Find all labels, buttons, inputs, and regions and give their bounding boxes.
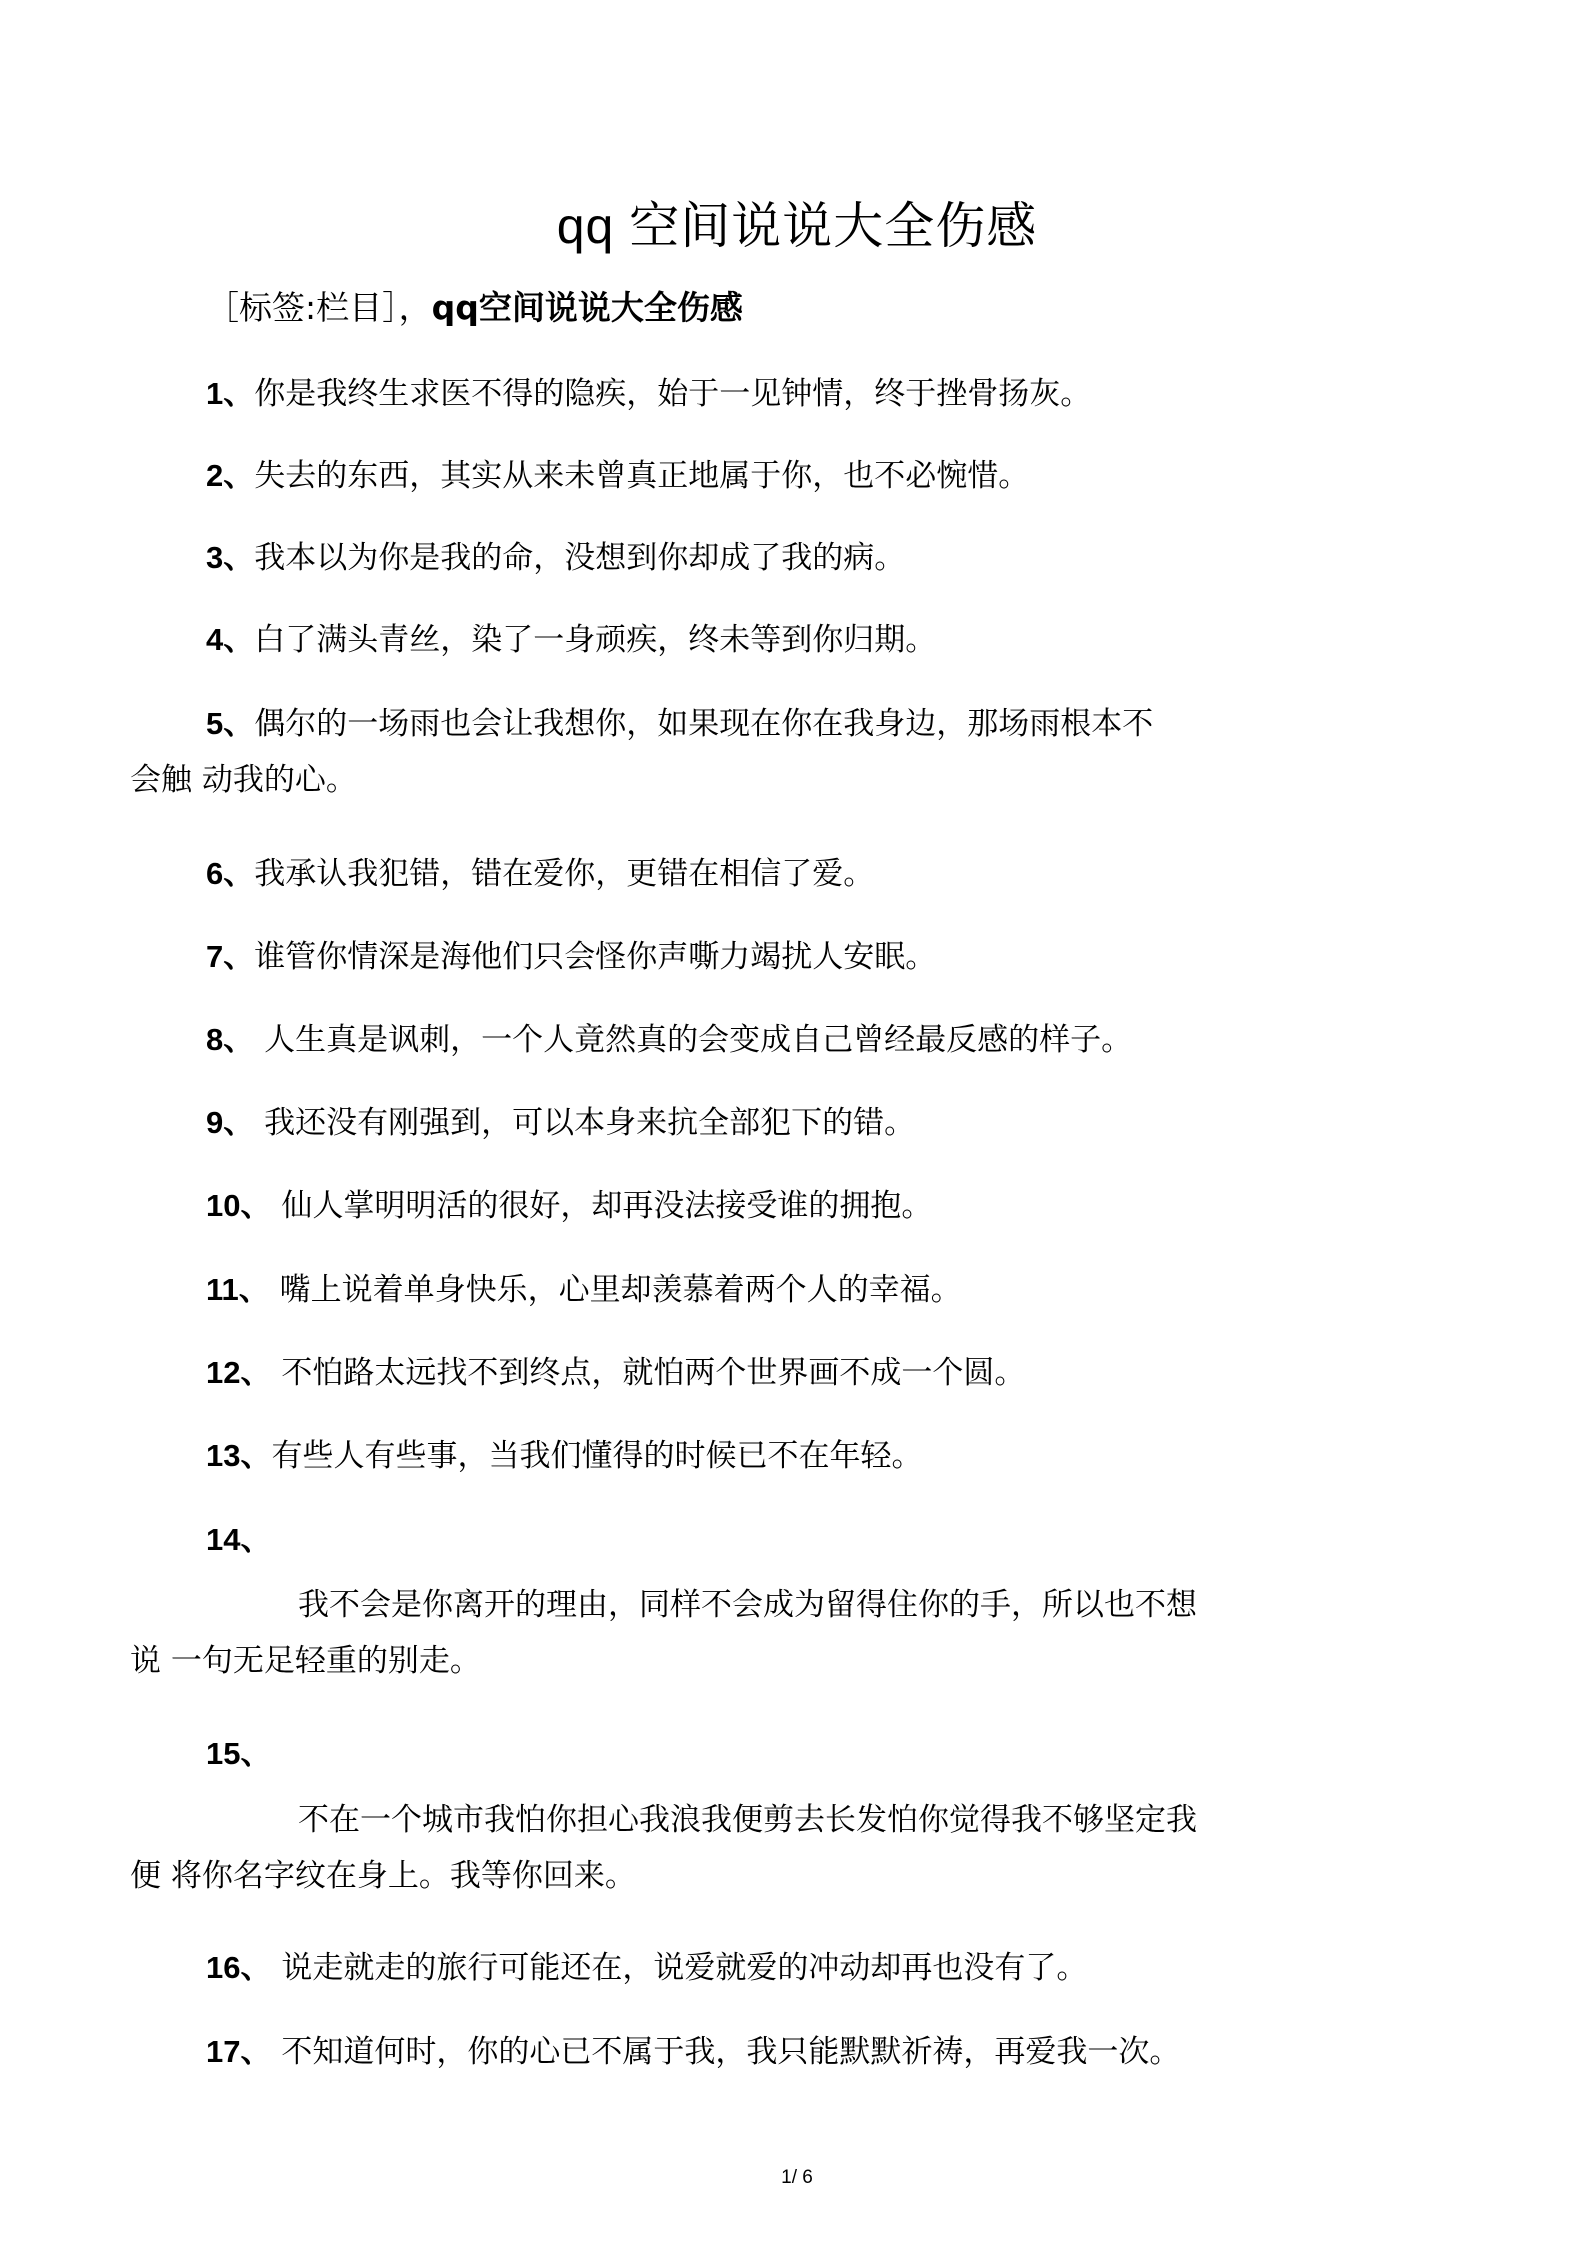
list-item: 6、我承认我犯错，错在爱你，更错在相信了爱。 [206,854,874,894]
list-item-text: 我不会是你离开的理由，同样不会成为留得住你的手，所以也不想 [298,1585,1197,1625]
item-number: 15、 [206,1736,271,1771]
item-text: 说走就走的旅行可能还在，说爱就爱的冲动却再也没有了。 [271,1950,1087,1986]
tag-separator: ， [399,288,432,327]
item-number: 17、 [206,2034,271,2069]
document-page: qq 空间说说大全伤感 ［标签:栏目］，qq空间说说大全伤感 1、你是我终生求医… [0,0,1594,2256]
item-text: 仙人掌明明活的很好，却再没法接受谁的拥抱。 [271,1188,932,1224]
item-text: 偶尔的一场雨也会让我想你，如果现在你在我身边，那场雨根本不 [254,706,1153,742]
list-item-text: 不在一个城市我怕你担心我浪我便剪去长发怕你觉得我不够坚定我 [298,1800,1197,1840]
item-text: 人生真是讽刺，一个人竟然真的会变成自己曾经最反感的样子。 [254,1022,1132,1058]
item-number: 8、 [206,1022,254,1057]
item-text: 我本以为你是我的命，没想到你却成了我的病。 [254,540,905,576]
item-number: 4、 [206,622,254,657]
item-number: 13、 [206,1438,271,1473]
list-item: 14、 [206,1520,271,1560]
item-text: 白了满头青丝，染了一身顽疾，终未等到你归期。 [254,622,936,658]
list-item-continuation: 会触 动我的心。 [130,760,357,800]
tag-line: ［标签:栏目］，qq空间说说大全伤感 [206,286,743,330]
list-item: 4、白了满头青丝，染了一身顽疾，终未等到你归期。 [206,620,936,660]
item-number: 14、 [206,1522,271,1557]
item-number: 1、 [206,376,254,411]
list-item: 17、 不知道何时，你的心已不属于我，我只能默默祈祷，再爱我一次。 [206,2032,1180,2072]
item-text: 不知道何时，你的心已不属于我，我只能默默祈祷，再爱我一次。 [271,2034,1180,2070]
item-number: 2、 [206,458,254,493]
list-item: 5、偶尔的一场雨也会让我想你，如果现在你在我身边，那场雨根本不 [206,704,1153,744]
list-item: 1、你是我终生求医不得的隐疾，始于一见钟情，终于挫骨扬灰。 [206,374,1091,414]
item-text: 我还没有刚强到，可以本身来抗全部犯下的错。 [254,1105,915,1141]
list-item-continuation: 便 将你名字纹在身上。我等你回来。 [130,1856,636,1896]
item-number: 7、 [206,939,254,974]
list-item: 11、 嘴上说着单身快乐，心里却羡慕着两个人的幸福。 [206,1270,962,1310]
list-item: 12、 不怕路太远找不到终点，就怕两个世界画不成一个圆。 [206,1353,1025,1393]
item-text: 你是我终生求医不得的隐疾，始于一见钟情，终于挫骨扬灰。 [254,376,1091,412]
list-item: 9、 我还没有刚强到，可以本身来抗全部犯下的错。 [206,1103,915,1143]
document-title: qq 空间说说大全伤感 [0,196,1594,256]
item-text: 有些人有些事，当我们懂得的时候已不在年轻。 [271,1438,922,1474]
list-item: 2、失去的东西，其实从来未曾真正地属于你，也不必惋惜。 [206,456,1029,496]
page-indicator: 1/ 6 [0,2166,1594,2190]
list-item: 13、有些人有些事，当我们懂得的时候已不在年轻。 [206,1436,922,1476]
list-item: 16、 说走就走的旅行可能还在，说爱就爱的冲动却再也没有了。 [206,1948,1087,1988]
list-item: 8、 人生真是讽刺，一个人竟然真的会变成自己曾经最反感的样子。 [206,1020,1132,1060]
item-number: 16、 [206,1950,271,1985]
item-text: 我承认我犯错，错在爱你，更错在相信了爱。 [254,856,874,892]
item-number: 10、 [206,1188,271,1223]
list-item-continuation: 说 一句无足轻重的别走。 [130,1641,481,1681]
list-item: 15、 [206,1734,271,1774]
item-text: 嘴上说着单身快乐，心里却羡慕着两个人的幸福。 [270,1272,962,1308]
item-number: 12、 [206,1355,271,1390]
list-item: 7、谁管你情深是海他们只会怪你声嘶力竭扰人安眠。 [206,937,936,977]
item-number: 9、 [206,1105,254,1140]
item-text: 失去的东西，其实从来未曾真正地属于你，也不必惋惜。 [254,458,1029,494]
item-number: 5、 [206,706,254,741]
item-text: 不怕路太远找不到终点，就怕两个世界画不成一个圆。 [271,1355,1025,1391]
item-number: 6、 [206,856,254,891]
list-item: 10、 仙人掌明明活的很好，却再没法接受谁的拥抱。 [206,1186,932,1226]
item-number: 3、 [206,540,254,575]
item-number: 11、 [206,1272,270,1307]
tag-prefix: ［标签:栏目］ [206,288,399,327]
tag-keyword: qq空间说说大全伤感 [432,288,743,327]
list-item: 3、我本以为你是我的命，没想到你却成了我的病。 [206,538,905,578]
item-text: 谁管你情深是海他们只会怪你声嘶力竭扰人安眠。 [254,939,936,975]
